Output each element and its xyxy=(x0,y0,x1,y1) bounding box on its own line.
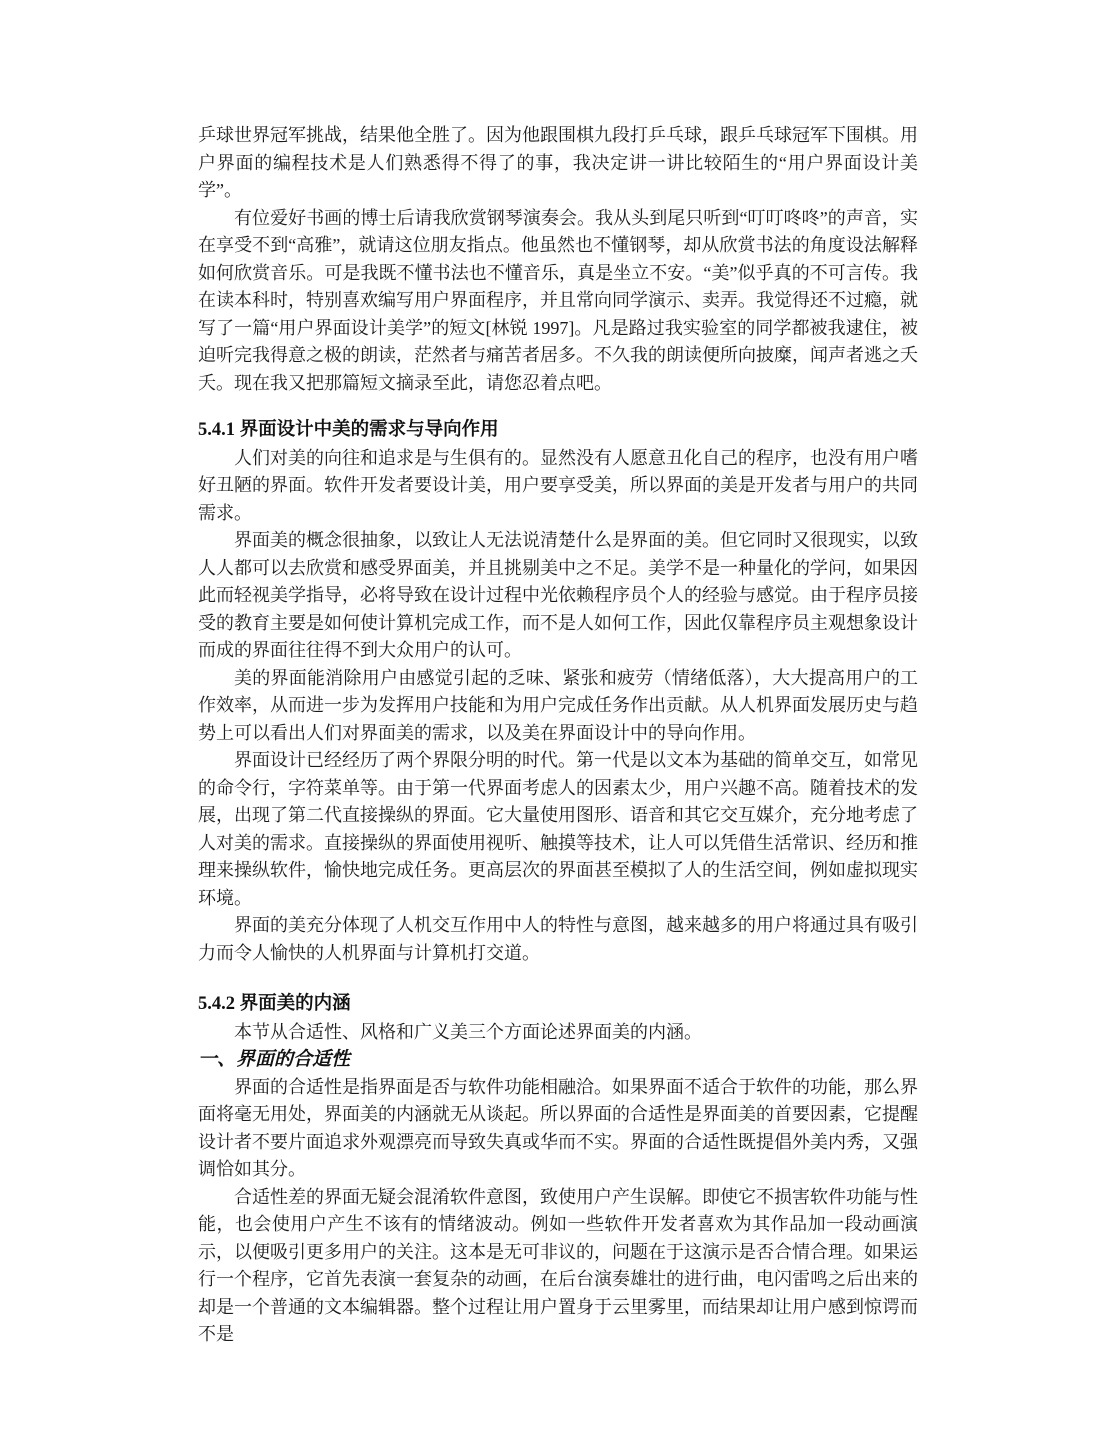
subheading-suitability: 一、界面的合适性 xyxy=(198,1046,918,1074)
paragraph-beauty-need: 人们对美的向往和追求是与生俱有的。显然没有人愿意丑化自己的程序，也没有用户嗜好丑… xyxy=(198,445,918,528)
paragraph-continuation-pingpong: 乒球世界冠军挑战，结果他全胜了。因为他跟围棋九段打乒乓球，跟乒乓球冠军下围棋。用… xyxy=(198,122,918,205)
text-block: 乒球世界冠军挑战，结果他全胜了。因为他跟围棋九段打乒乓球，跟乒乓球冠军下围棋。用… xyxy=(198,122,918,1349)
paragraph-beauty-abstract: 界面美的概念很抽象，以致让人无法说清楚什么是界面的美。但它同时又很现实，以致人人… xyxy=(198,527,918,665)
paragraph-hci-intent: 界面的美充分体现了人机交互作用中人的特性与意图，越来越多的用户将通过具有吸引力而… xyxy=(198,912,918,967)
section-heading-5-4-2: 5.4.2 界面美的内涵 xyxy=(198,991,918,1019)
document-page: 乒球世界冠军挑战，结果他全胜了。因为他跟围棋九段打乒乓球，跟乒乓球冠军下围棋。用… xyxy=(0,0,1113,1440)
paragraph-section-intro: 本节从合适性、风格和广义美三个方面论述界面美的内涵。 xyxy=(198,1019,918,1047)
section-heading-5-4-1: 5.4.1 界面设计中美的需求与导向作用 xyxy=(198,417,918,445)
paragraph-two-generations: 界面设计已经经历了两个界限分明的时代。第一代是以文本为基础的简单交互，如常见的命… xyxy=(198,747,918,912)
paragraph-suitability-bad: 合适性差的界面无疑会混淆软件意图，致使用户产生误解。即使它不损害软件功能与性能，… xyxy=(198,1184,918,1349)
paragraph-beauty-effect: 美的界面能消除用户由感觉引起的乏味、紧张和疲劳（情绪低落），大大提高用户的工作效… xyxy=(198,665,918,748)
paragraph-suitability-definition: 界面的合适性是指界面是否与软件功能相融洽。如果界面不适合于软件的功能，那么界面将… xyxy=(198,1074,918,1184)
paragraph-piano-concert: 有位爱好书画的博士后请我欣赏钢琴演奏会。我从头到尾只听到“叮叮咚咚”的声音，实在… xyxy=(198,205,918,398)
